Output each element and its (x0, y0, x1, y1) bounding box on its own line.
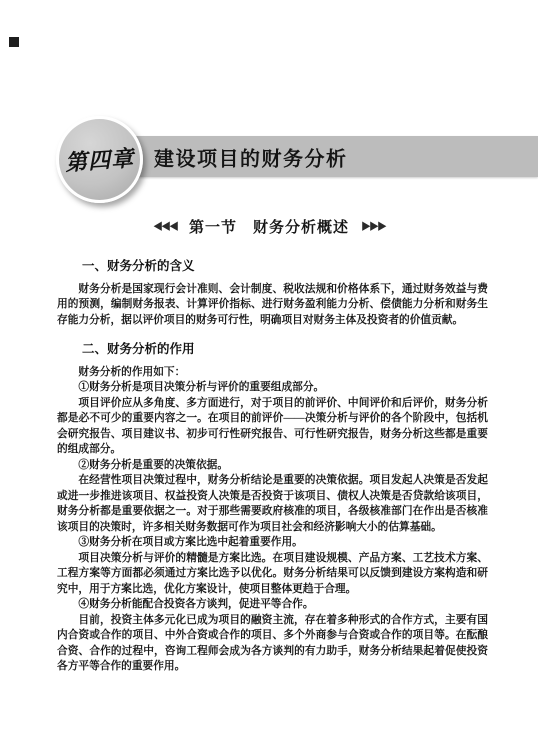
paragraph: 财务分析的作用如下： (57, 365, 488, 381)
chapter-title-bar: 建设项目的财务分析 (108, 136, 538, 177)
paragraph: ③财务分析在项目或方案比选中起着重要作用。 (57, 535, 488, 551)
triple-left-arrow-icon: ◀◀◀ (153, 222, 177, 233)
paragraph: 目前，投资主体多元化已成为项目的融资主流，存在着多种形式的合作方式，主要有国内合… (57, 613, 488, 675)
book-page: 建设项目的财务分析 第四章 ◀◀◀ 第一节 财务分析概述 ▶▶▶ 一、财务分析的… (0, 0, 538, 750)
paragraph: 在经营性项目决策过程中，财务分析结论是重要的决策依据。项目发起人决策是否发起或进… (57, 473, 488, 535)
paragraph: 财务分析是国家现行会计准则、会计制度、税收法规和价格体系下，通过财务效益与费用的… (57, 282, 488, 329)
paragraph: ②财务分析是重要的决策依据。 (57, 458, 488, 474)
subsection-heading-meaning: 一、财务分析的含义 (57, 259, 488, 275)
chapter-number-label: 第四章 (64, 142, 135, 178)
paragraph: ①财务分析是项目决策分析与评价的重要组成部分。 (57, 380, 488, 396)
body-text: 一、财务分析的含义 财务分析是国家现行会计准则、会计制度、税收法规和价格体系下，… (57, 259, 488, 675)
paragraph: 项目评价应从多角度、多方面进行，对于项目的前评价、中间评价和后评价，财务分析都是… (57, 396, 488, 458)
corner-registration-mark (9, 37, 19, 47)
paragraph: ④财务分析能配合投资各方谈判，促进平等合作。 (57, 597, 488, 613)
chapter-title: 建设项目的财务分析 (154, 142, 348, 171)
chapter-number-badge: 第四章 (56, 116, 143, 203)
triple-right-arrow-icon: ▶▶▶ (361, 222, 385, 233)
section-title: 第一节 财务分析概述 (189, 220, 349, 236)
subsection-heading-role: 二、财务分析的作用 (57, 342, 488, 358)
paragraph: 项目决策分析与评价的精髓是方案比选。在项目建设规模、产品方案、工艺技术方案、工程… (57, 551, 488, 598)
section-title-row: ◀◀◀ 第一节 财务分析概述 ▶▶▶ (0, 216, 538, 237)
